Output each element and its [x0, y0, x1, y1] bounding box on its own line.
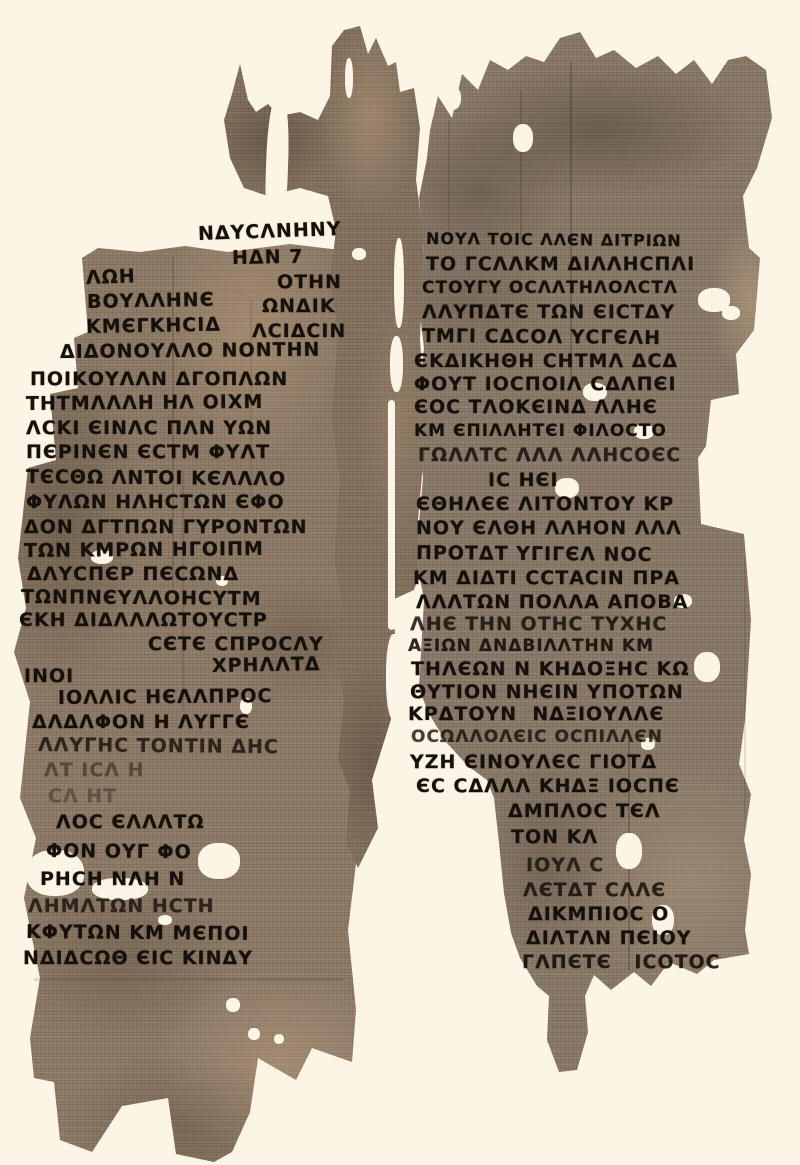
text-line: ΙϹ ΗЄΙ	[488, 470, 559, 490]
text-line: ΦΟΥΤ ΙΟϹΠΟΙΛ ϹΔΛΠЄΙ	[414, 374, 677, 394]
papyrus-scan: ΝΔΥϹΛΝΗΝΥΗΔΝ 7ΛΩΗΟΤΗΝΒΟΥΛΛΗΝЄΩΝΔΙΚΚΜЄΓΚΗ…	[0, 0, 800, 1165]
text-line: ΔΙΛΤΛΝ ΠЄΙΟΥ	[526, 928, 691, 948]
text-line: ЄΚΗ ΔΙΔΛΛΛΩΤΟΥϹΤΡ	[19, 610, 268, 630]
text-line: ΤЄϹΘΩ ΛΝΤΟΙ ΚЄΛΛΛΟ	[26, 467, 286, 489]
text-line: ΝΟΥ ЄΛΘΗ ΛΛΗΟΝ ΛΛΛ	[416, 518, 682, 538]
text-line: ΓΩΛΛΤϹ ΛΛΛ ΛΛΗϹΟЄϹ	[418, 445, 681, 465]
damage-hole	[722, 306, 740, 320]
text-line: ϹΛ ΗΤ	[48, 786, 117, 806]
text-line: ΔΙΔΟΝΟΥΛΛΟ ΝΟΝΤΗΝ	[60, 340, 321, 362]
text-line: ΛЄΤΔΤ ϹΛΛЄ	[523, 880, 666, 900]
damage-hole	[386, 634, 402, 720]
text-line: ϹΤΟΥΓΥ ΟϹΛΛΤΗΛΟΛϹΤΛ	[422, 278, 678, 298]
text-line: ΝΔΙΔϹΩΘ ЄΙϹ ΚΙΝΔΥ	[23, 948, 253, 968]
text-line: ΔΙΚΜΠΙΟϹ Ο	[528, 904, 669, 924]
text-line: ΗΔΝ 7	[232, 247, 304, 268]
text-line: ΤΜΓΙ ϹΔϹΟΛ ΥϹΓЄΛΗ	[422, 326, 661, 348]
text-line: ΠЄΡΙΝЄΝ ЄϹΤΜ ΦΥΛΤ	[26, 442, 270, 462]
damage-hole	[248, 1028, 260, 1040]
damage-hole	[345, 58, 353, 98]
text-line: ЄϹ ϹΔΛΛΛ ΚΗΔΞ ΙΟϹΠЄ	[416, 776, 680, 796]
text-line: ΦΥΛΩΝ ΗΛΗϹΤΩΝ ЄΦΟ	[26, 492, 285, 512]
text-line: ΩΝΔΙΚ	[262, 296, 336, 316]
text-line: ΤΟ ΓϹΛΛΚΜ ΔΙΛΛΗϹΠΛΙ	[426, 254, 695, 274]
crack	[520, 90, 522, 240]
text-line: ΧΡΗΛΛΤΔ	[212, 654, 321, 676]
damage-hole	[394, 238, 404, 328]
text-line: ΡΗϹΗ ΝΛΗ Ν	[40, 869, 185, 889]
text-line: ΔΛΥϹΠЄΡ ΠЄϹΩΝΔ	[27, 564, 239, 584]
text-line: ΛΛΥΠΔΤЄ ΤΩΝ ЄΙϹΤΔΥ	[422, 302, 675, 322]
damage-hole	[694, 652, 720, 682]
text-line: ΛΛΥΓΗϹ ΤΟΝΤΙΝ ΔΗϹ	[38, 735, 279, 757]
crack	[448, 120, 450, 230]
text-line: ΛΗΜΛΤΩΝ ΗϹΤΗ	[28, 896, 215, 916]
text-line: ΚΦΥΤΩΝ ΚΜ ΜЄΠΟΙ	[26, 922, 250, 944]
text-line: ЄΚΔΙΚΗΘΗ ϹΗΤΜΛ ΔϹΔ	[414, 351, 678, 371]
text-line: ΔΜΠΛΟϹ ΤЄΛ	[508, 801, 661, 821]
text-line: ΦΟΝ ΟΥΓ ΦΟ	[46, 841, 192, 862]
text-line: ΘΥΤΙΟΝ ΝΗЄΙΝ ΥΠΟΤΩΝ	[410, 682, 684, 702]
text-line: ΤΟΝ ΚΛ	[511, 827, 598, 847]
damage-hole	[390, 336, 403, 392]
text-line: ΚΜ ЄΠΙΛΛΗΤЄΙ ΦΙΛΟϹΤΟ	[414, 421, 667, 441]
text-line: ΚΜЄΓΚΗϹΙΔ	[86, 315, 221, 337]
text-line: ΤΗΤΜΛΛΛΗ ΗΛ ΟΙΧΜ	[26, 392, 264, 414]
text-line: ΒΟΥΛΛΗΝЄ	[87, 290, 215, 312]
text-line: ΙΟΛΛΙϹ ΗЄΛΛΠΡΟϹ	[58, 686, 273, 708]
text-line: ΓΛΠЄΤЄ ΙϹΟΤΟϹ	[522, 952, 721, 972]
text-line: ЄΘΗΛЄЄ ΛΙΤΟΝΤΟΥ ΚΡ	[416, 494, 674, 514]
damage-hole	[226, 998, 240, 1012]
crack	[744, 560, 746, 820]
damage-hole	[616, 833, 642, 869]
damage-hole	[274, 1034, 284, 1044]
text-line: ΥΖΗ ЄΙΝΟΥΛЄϹ ΓΙΟΤΔ	[410, 752, 657, 772]
text-line: ΚΡΔΤΟΥΝ ΝΔΞΙΟΥΛΛЄ	[408, 704, 664, 724]
text-line: ΛΗЄ ΤΗΝ ΟΤΗϹ ΤΥΧΗϹ	[410, 614, 667, 634]
damage-hole	[388, 400, 395, 630]
damage-hole	[443, 86, 461, 110]
text-line: ΠΡΟΤΔΤ ΥΓΙΓЄΛ ΝΟϹ	[416, 543, 653, 565]
text-line: ΛΩΗ	[86, 266, 136, 288]
crack	[34, 978, 344, 981]
text-line: ΛΟϹ ЄΛΛΛΤΩ	[56, 812, 205, 832]
text-line: ΝΟΥΛ ΤΟΙϹ ΛΛЄΝ ΔΙΤΡΙΩΝ	[426, 229, 682, 251]
text-line: ΝΔΥϹΛΝΗΝΥ	[198, 219, 342, 244]
damage-hole	[198, 843, 240, 879]
text-line: ΤΩΝΠΝЄΥΛΛΟΗϹΥΤΜ	[21, 587, 262, 609]
text-line: ΤΗΛЄΩΝ Ν ΚΗΔΟΞΗϹ ΚΩ	[411, 659, 690, 679]
text-line: ΙΟΥΛ Ϲ	[526, 855, 604, 875]
text-line: ЄΟϹ ΤΛΟΚЄΙΝΔ ΛΛΗЄ	[414, 397, 658, 417]
text-line: ΙΝΟΙ	[24, 666, 74, 686]
text-line: ΔΟΝ ΔΓΤΠΩΝ ΓΥΡΟΝΤΩΝ	[24, 517, 308, 537]
text-line: ΟΤΗΝ	[277, 272, 342, 292]
text-line: ΚΜ ΔΙΔΤΙ ϹϹΤΑϹΙΝ ΠΡΑ	[413, 568, 680, 588]
damage-hole	[352, 248, 366, 260]
text-line: ΛΤ ΙϹΛ Η	[44, 760, 145, 780]
text-line: ϹЄΤЄ ϹΠΡΟϹΛΥ	[148, 634, 324, 654]
text-line: ΟϹΩΛΛΟΛЄΙϹ ΟϹΠΙΛΛЄΝ	[411, 727, 663, 747]
text-line: ΤΩΝ ΚΜΡΩΝ ΗΓΟΙΠΜ	[24, 539, 264, 561]
text-line: ΠΟΙΚΟΥΛΛΝ ΔΓΟΠΛΩΝ	[30, 369, 288, 389]
text-line: ΛΛΛΤΩΝ ΠΟΛΛΑ ΑΠΟΒΑ	[416, 592, 688, 612]
damage-hole	[513, 124, 533, 152]
text-line: ΑΞΙΩΝ ΔΝΔΒΙΛΛΤΗΝ ΚΜ	[408, 636, 654, 656]
text-line: ΔΛΔΛΦΟΝ Η ΛΥΓΓЄ	[32, 712, 250, 732]
text-line: ΛϹΚΙ ЄΙΝΛϹ ΠΛΝ ΥΩΝ	[26, 418, 272, 438]
